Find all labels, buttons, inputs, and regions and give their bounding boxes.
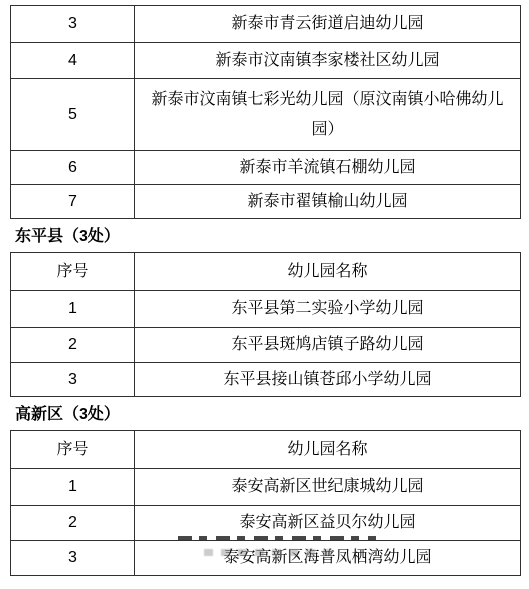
table-row: 3 泰安高新区海普凤栖湾幼儿园	[11, 541, 521, 576]
serial-cell: 4	[11, 43, 135, 79]
name-cell: 新泰市青云街道启迪幼儿园	[135, 6, 521, 43]
table-row: 1 东平县第二实验小学幼儿园	[11, 291, 521, 328]
name-cell: 泰安高新区海普凤栖湾幼儿园	[135, 541, 521, 576]
table-header-row: 序号 幼儿园名称	[11, 431, 521, 469]
serial-cell: 3	[11, 541, 135, 576]
header-name-cell: 幼儿园名称	[135, 431, 521, 469]
serial-cell: 5	[11, 79, 135, 151]
serial-cell: 6	[11, 151, 135, 185]
serial-cell: 1	[11, 291, 135, 328]
serial-cell: 1	[11, 469, 135, 506]
header-name-cell: 幼儿园名称	[135, 253, 521, 291]
header-serial-cell: 序号	[11, 431, 135, 469]
document: 3 新泰市青云街道启迪幼儿园 4 新泰市汶南镇李家楼社区幼儿园 5 新泰市汶南镇…	[0, 0, 529, 589]
watermark-artifact-dashes	[178, 536, 376, 540]
serial-cell: 2	[11, 328, 135, 363]
section-heading-gaoxin: 高新区（3处）	[15, 402, 529, 428]
table-row: 3 新泰市青云街道启迪幼儿园	[11, 6, 521, 43]
table-dongping: 序号 幼儿园名称 1 东平县第二实验小学幼儿园 2 东平县斑鸠店镇子路幼儿园 3…	[10, 252, 521, 397]
table-xintai: 3 新泰市青云街道启迪幼儿园 4 新泰市汶南镇李家楼社区幼儿园 5 新泰市汶南镇…	[10, 5, 521, 219]
name-cell: 东平县斑鸠店镇子路幼儿园	[135, 328, 521, 363]
name-cell: 东平县接山镇苍邱小学幼儿园	[135, 363, 521, 397]
table-row: 7 新泰市翟镇榆山幼儿园	[11, 185, 521, 219]
section-heading-dongping: 东平县（3处）	[15, 224, 529, 250]
table-row: 5 新泰市汶南镇七彩光幼儿园（原汶南镇小哈佛幼儿园）	[11, 79, 521, 151]
serial-cell: 3	[11, 363, 135, 397]
table-row: 3 东平县接山镇苍邱小学幼儿园	[11, 363, 521, 397]
serial-cell: 3	[11, 6, 135, 43]
serial-cell: 2	[11, 506, 135, 541]
table-row: 4 新泰市汶南镇李家楼社区幼儿园	[11, 43, 521, 79]
name-cell: 新泰市汶南镇七彩光幼儿园（原汶南镇小哈佛幼儿园）	[135, 79, 521, 151]
watermark-artifact-smudge	[204, 549, 336, 556]
serial-cell: 7	[11, 185, 135, 219]
name-cell: 新泰市翟镇榆山幼儿园	[135, 185, 521, 219]
table-row: 6 新泰市羊流镇石棚幼儿园	[11, 151, 521, 185]
table-row: 1 泰安高新区世纪康城幼儿园	[11, 469, 521, 506]
name-cell: 东平县第二实验小学幼儿园	[135, 291, 521, 328]
name-cell: 新泰市羊流镇石棚幼儿园	[135, 151, 521, 185]
header-serial-cell: 序号	[11, 253, 135, 291]
table-row: 2 东平县斑鸠店镇子路幼儿园	[11, 328, 521, 363]
table-header-row: 序号 幼儿园名称	[11, 253, 521, 291]
name-cell: 新泰市汶南镇李家楼社区幼儿园	[135, 43, 521, 79]
name-cell: 泰安高新区世纪康城幼儿园	[135, 469, 521, 506]
